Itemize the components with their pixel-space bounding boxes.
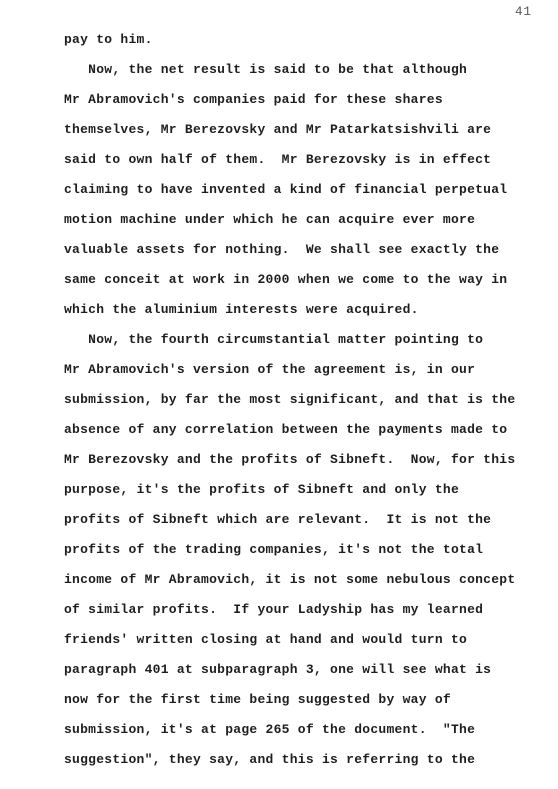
- text-line: friends' written closing at hand and wou…: [64, 625, 538, 655]
- text-line: themselves, Mr Berezovsky and Mr Patarka…: [64, 115, 538, 145]
- transcript-page: 41 pay to him. Now, the net result is sa…: [0, 0, 558, 789]
- text-line: which the aluminium interests were acqui…: [64, 295, 538, 325]
- text-line: Mr Abramovich's companies paid for these…: [64, 85, 538, 115]
- text-line: profits of the trading companies, it's n…: [64, 535, 538, 565]
- text-line: paragraph 401 at subparagraph 3, one wil…: [64, 655, 538, 685]
- text-line: claiming to have invented a kind of fina…: [64, 175, 538, 205]
- text-line: submission, by far the most significant,…: [64, 385, 538, 415]
- text-line: of similar profits. If your Ladyship has…: [64, 595, 538, 625]
- text-line: Mr Berezovsky and the profits of Sibneft…: [64, 445, 538, 475]
- text-line: pay to him.: [64, 25, 538, 55]
- text-line: motion machine under which he can acquir…: [64, 205, 538, 235]
- text-line: Now, the fourth circumstantial matter po…: [64, 325, 538, 355]
- text-line: Now, the net result is said to be that a…: [64, 55, 538, 85]
- text-line: profits of Sibneft which are relevant. I…: [64, 505, 538, 535]
- page-number: 41: [515, 5, 532, 19]
- text-line: same conceit at work in 2000 when we com…: [64, 265, 538, 295]
- text-line: now for the first time being suggested b…: [64, 685, 538, 715]
- transcript-text-block: pay to him. Now, the net result is said …: [64, 25, 538, 775]
- text-line: Mr Abramovich's version of the agreement…: [64, 355, 538, 385]
- text-line: said to own half of them. Mr Berezovsky …: [64, 145, 538, 175]
- text-line: absence of any correlation between the p…: [64, 415, 538, 445]
- text-line: suggestion", they say, and this is refer…: [64, 745, 538, 775]
- text-line: submission, it's at page 265 of the docu…: [64, 715, 538, 745]
- text-line: purpose, it's the profits of Sibneft and…: [64, 475, 538, 505]
- text-line: valuable assets for nothing. We shall se…: [64, 235, 538, 265]
- text-line: income of Mr Abramovich, it is not some …: [64, 565, 538, 595]
